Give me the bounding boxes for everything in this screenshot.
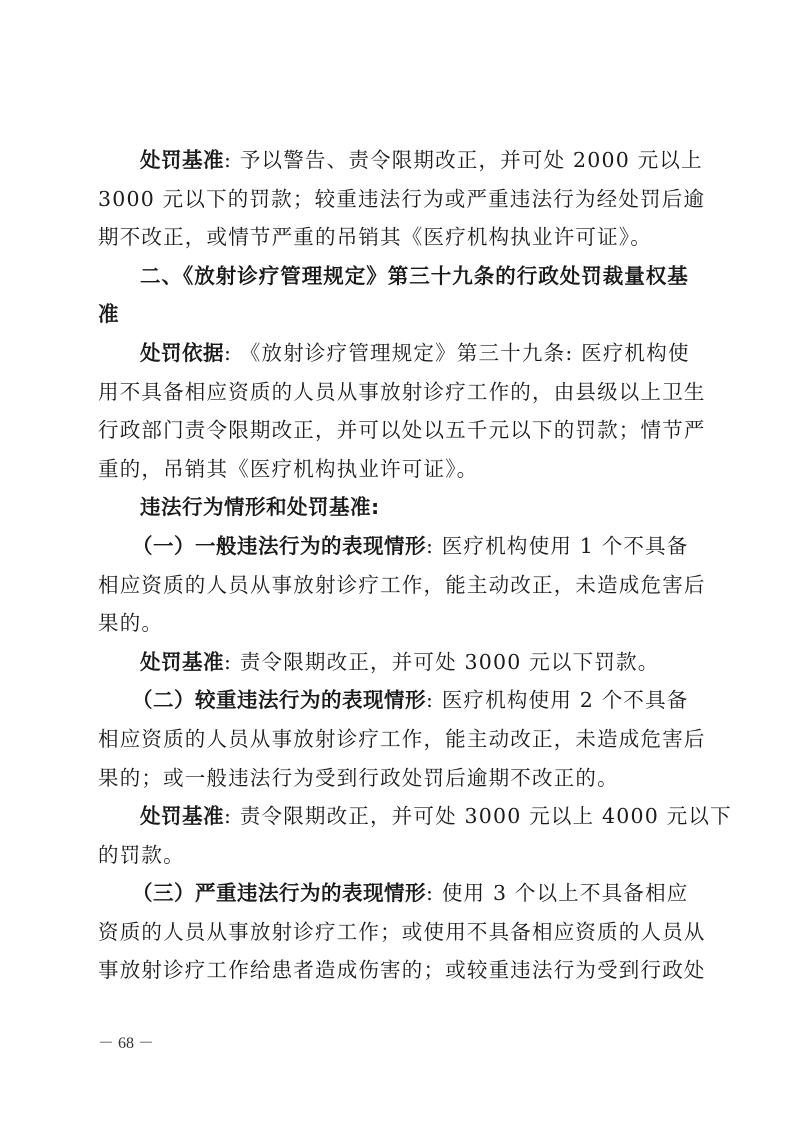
text-line: 相应资质的人员从事放射诊疗工作，能主动改正，未造成危害后 [98,566,688,605]
page-number: － 68 － [98,1030,154,1053]
document-page: 处罚基准: 予以警告、责令限期改正，并可处 2000 元以上 3000 元以下的… [98,141,688,990]
text-line: （二）较重违法行为的表现情形: 医疗机构使用 2 个不具备 [98,681,688,720]
subheading: 违法行为情形和处罚基准: [98,488,688,527]
text-line: 处罚基准: 予以警告、责令限期改正，并可处 2000 元以上 [98,141,688,180]
label-serious-violation: （二）较重违法行为的表现情形 [132,688,426,712]
text-line: 资质的人员从事放射诊疗工作；或使用不具备相应资质的人员从 [98,913,688,952]
label-penalty-standard: 处罚基准 [140,650,224,674]
text-line: （一）一般违法行为的表现情形: 医疗机构使用 1 个不具备 [98,527,688,566]
label-penalty-standard: 处罚基准 [140,804,224,828]
label-severe-violation: （三）严重违法行为的表现情形 [132,881,426,905]
label-general-violation: （一）一般违法行为的表现情形 [132,534,426,558]
text-line: 相应资质的人员从事放射诊疗工作，能主动改正，未造成危害后 [98,720,688,759]
text-line: 处罚基准: 责令限期改正，并可处 3000 元以上 4000 元以下 [98,797,688,836]
label-penalty-basis: 处罚依据 [140,341,224,365]
text-line: 3000 元以下的罚款；较重违法行为或严重违法行为经处罚后逾 [98,180,688,219]
text-line: 果的；或一般违法行为受到行政处罚后逾期不改正的。 [98,759,688,798]
text-line: 事放射诊疗工作给患者造成伤害的；或较重违法行为受到行政处 [98,951,688,990]
text-line: 处罚依据: 《放射诊疗管理规定》第三十九条: 医疗机构使 [98,334,688,373]
text-line: 重的，吊销其《医疗机构执业许可证》。 [98,450,688,489]
text-line: （三）严重违法行为的表现情形: 使用 3 个以上不具备相应 [98,874,688,913]
label-penalty-standard: 处罚基准 [140,148,224,172]
text-line: 期不改正，或情节严重的吊销其《医疗机构执业许可证》。 [98,218,688,257]
text-line: 处罚基准: 责令限期改正，并可处 3000 元以下罚款。 [98,643,688,682]
text-line: 果的。 [98,604,688,643]
text-line: 行政部门责令限期改正，并可以处以五千元以下的罚款；情节严 [98,411,688,450]
section-heading-cont: 准 [98,295,688,334]
section-heading: 二、《放射诊疗管理规定》第三十九条的行政处罚裁量权基 [98,257,688,296]
text-line: 的罚款。 [98,836,688,875]
text-line: 用不具备相应资质的人员从事放射诊疗工作的，由县级以上卫生 [98,373,688,412]
